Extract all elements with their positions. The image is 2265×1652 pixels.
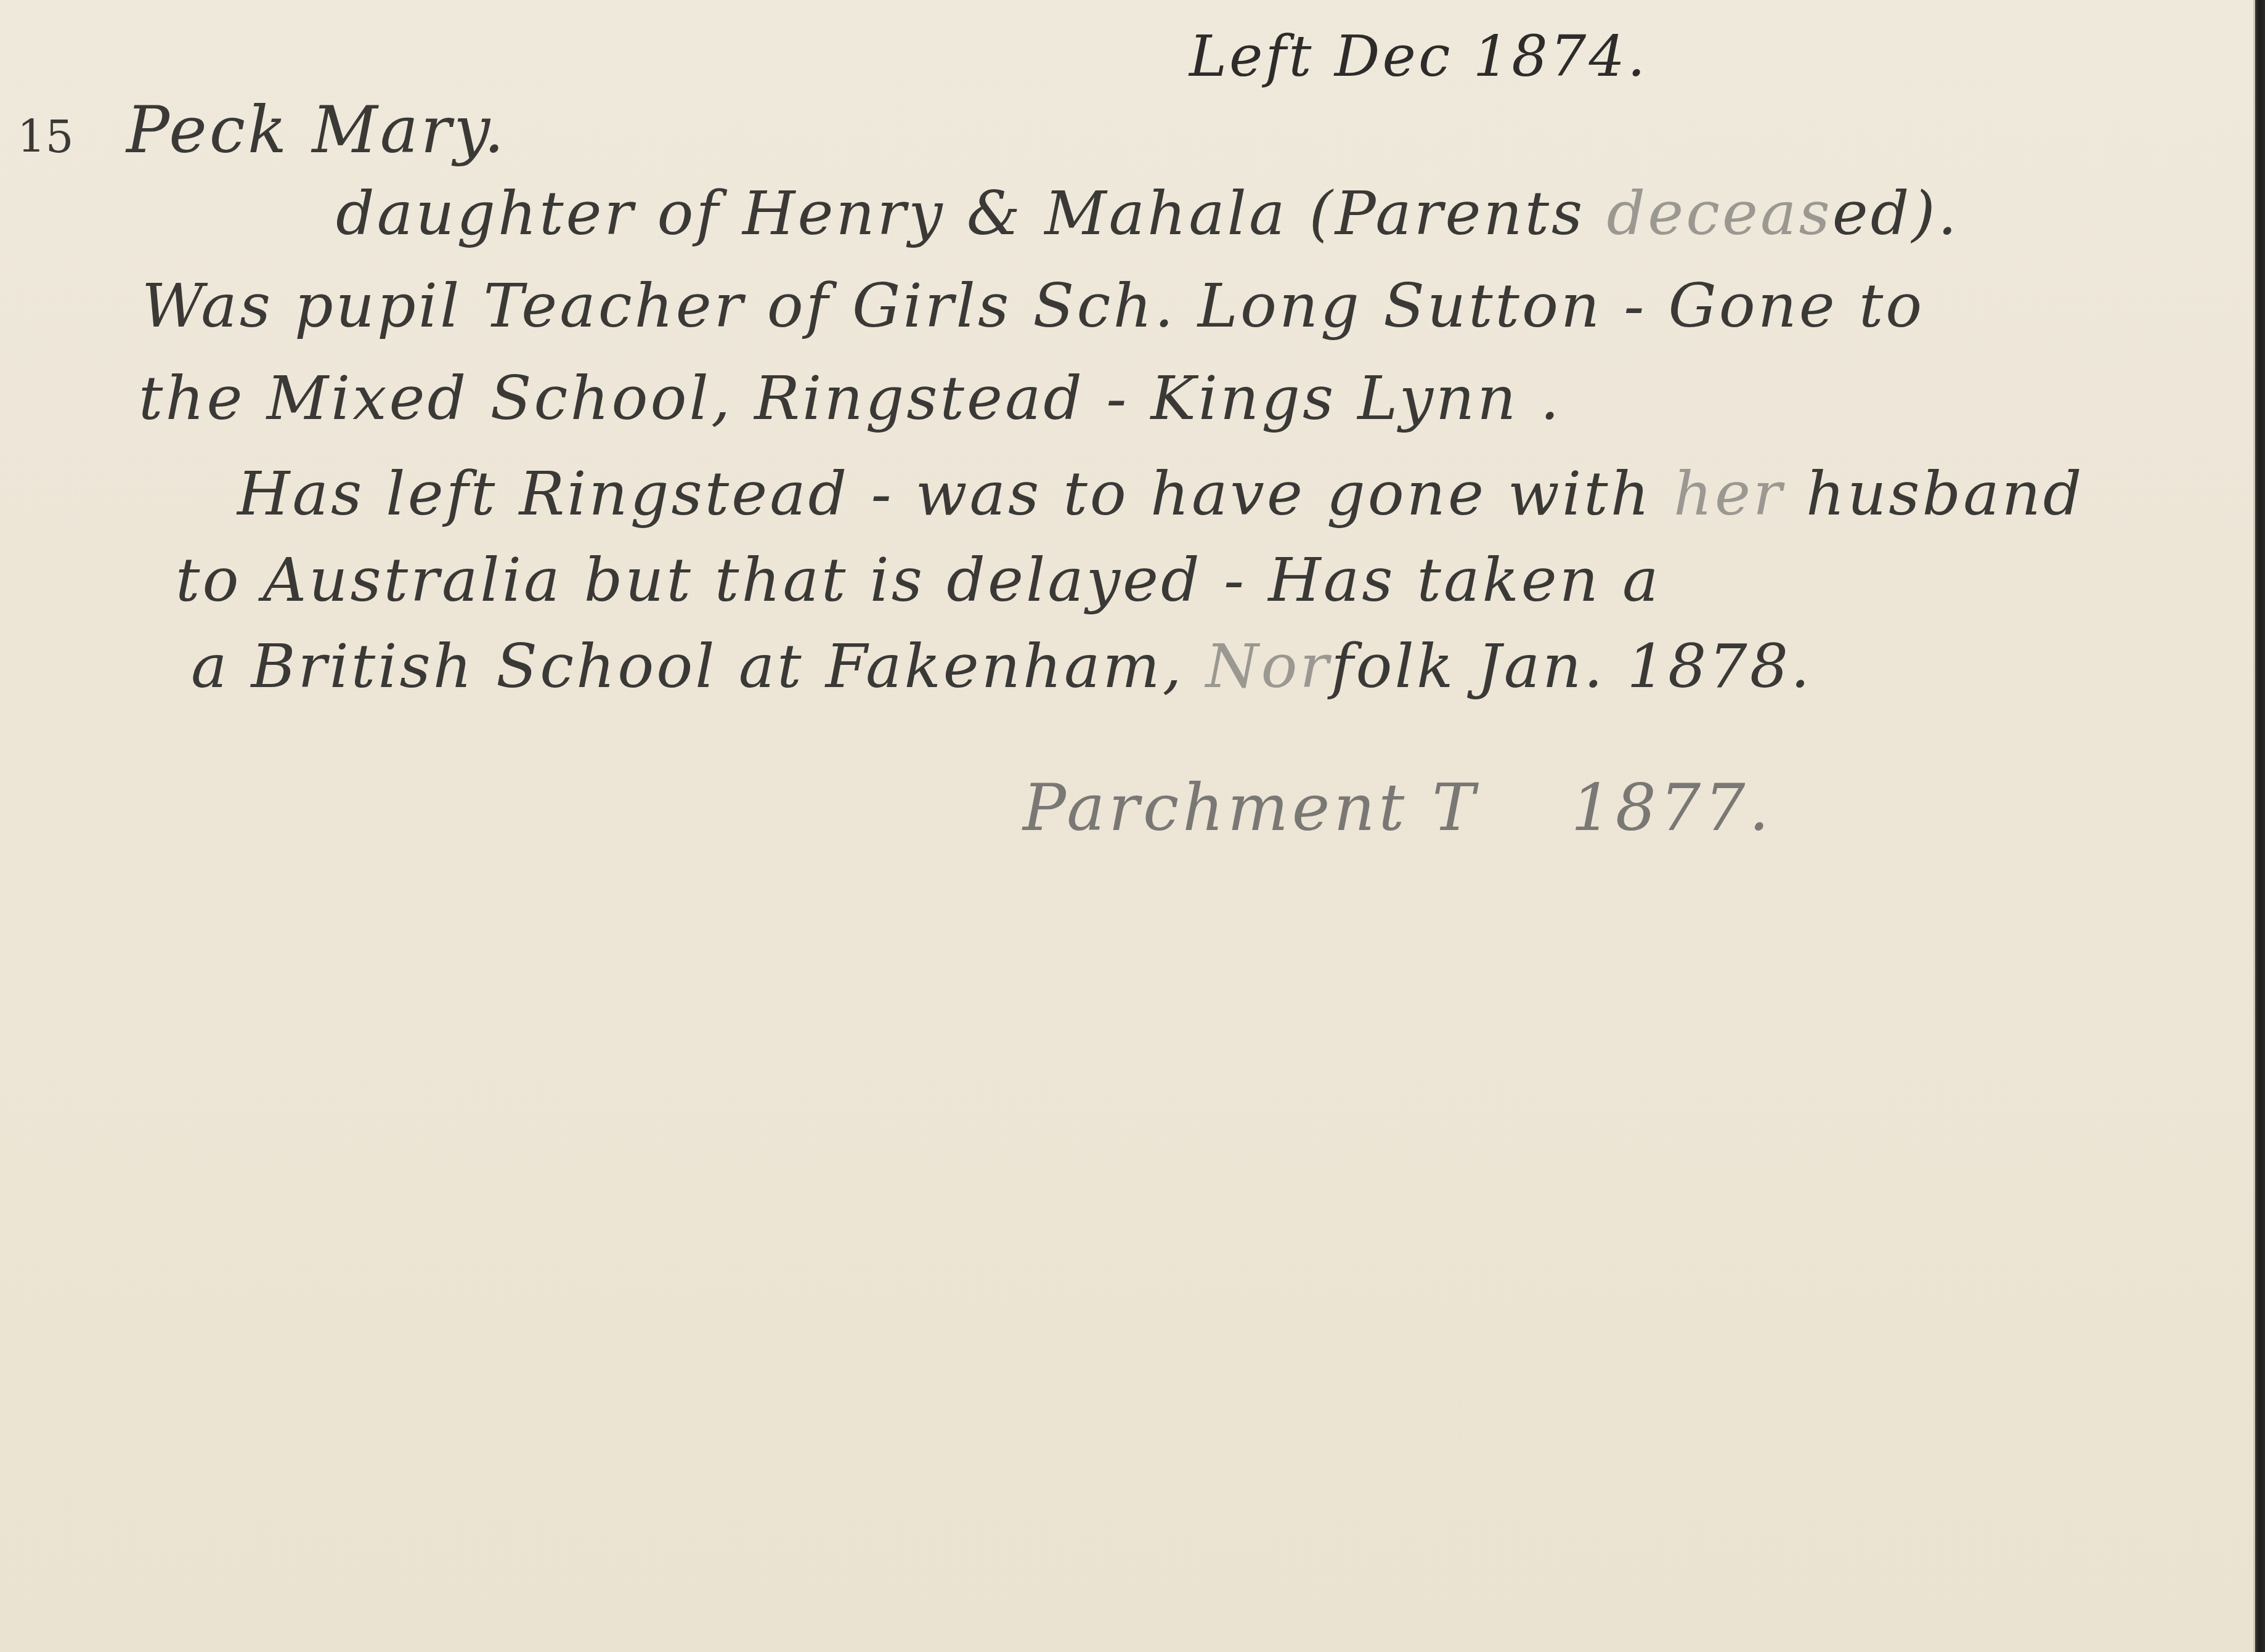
line-segment: daughter of Henry & Mahala (Parents [336,179,1606,249]
line-segment: the Mixed School, Ringstead - Kings Lynn… [139,364,1562,434]
line-segment: Was pupil Teacher of Girls Sch. Long Sut… [142,271,1924,341]
entry-line-australia: to Australia but that is delayed - Has t… [176,545,1661,616]
entry-line-british-school: a British School at Fakenham, Norfolk Ja… [191,632,1812,702]
register-page: Left Dec 1874. 15 Peck Mary. daughter of… [0,0,2255,1652]
line-segment: husband [1784,459,2084,529]
line-segment-faint: deceas [1606,179,1832,249]
parchment-annotation: Parchment T1877. [1023,770,1773,845]
line-segment: folk Jan. 1878. [1331,632,1812,702]
entry-line-left-ringstead: Has left Ringstead - was to have gone wi… [237,459,2084,529]
entry-line-mixed-school: the Mixed School, Ringstead - Kings Lynn… [139,364,1562,434]
line-segment-faint: Nor [1206,632,1332,702]
line-segment: Has left Ringstead - was to have gone wi… [237,459,1673,529]
parchment-year: 1877. [1571,770,1773,845]
left-date-note: Left Dec 1874. [1189,23,1648,89]
page-edge-border [2255,0,2265,1652]
entry-line-parents: daughter of Henry & Mahala (Parents dece… [336,179,1959,249]
parchment-label: Parchment T [1023,770,1479,845]
entry-number: 15 [17,111,74,163]
line-segment-faint: her [1673,459,1784,529]
line-segment: ed). [1832,179,1959,249]
line-segment: to Australia but that is delayed - Has t… [176,545,1661,616]
line-segment: a British School at Fakenham, [191,632,1206,702]
entry-line-pupil-teacher: Was pupil Teacher of Girls Sch. Long Sut… [142,271,1924,341]
entry-name: Peck Mary. [126,92,506,168]
